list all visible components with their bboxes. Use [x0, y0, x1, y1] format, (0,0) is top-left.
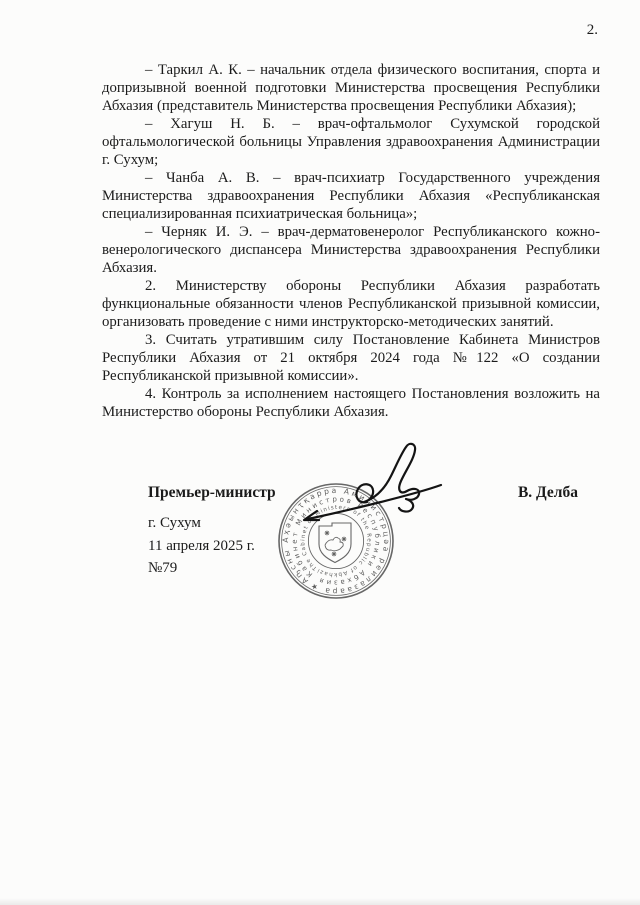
- issue-date: 11 апреля 2025 г.: [148, 538, 255, 561]
- document-body: – Таркил А. К. – начальник отдела физиче…: [102, 61, 600, 421]
- paragraph-tarkil: – Таркил А. К. – начальник отдела физиче…: [102, 61, 600, 115]
- paragraph-item-2: 2. Министерству обороны Республики Абхаз…: [102, 277, 600, 331]
- star-icon: [342, 537, 347, 542]
- document-page: 2. – Таркил А. К. – начальник отдела физ…: [0, 0, 640, 905]
- document-number: №79: [148, 560, 255, 583]
- premier-title: Премьер-министр: [148, 484, 276, 501]
- signature-flourish: [308, 485, 441, 519]
- scan-edge-shadow: [0, 898, 640, 905]
- paragraph-item-4: 4. Контроль за исполнением настоящего По…: [102, 385, 600, 421]
- star-icon: [332, 552, 337, 557]
- horseman-figure: [325, 537, 343, 550]
- signature-strokes: [356, 444, 419, 512]
- issue-city: г. Сухум: [148, 515, 255, 538]
- issue-details: г. Сухум 11 апреля 2025 г. №79: [148, 515, 255, 583]
- paragraph-chernyak: – Черняк И. Э. – врач-дерматовенеролог Р…: [102, 223, 600, 277]
- paragraph-item-3: 3. Считать утратившим силу Постановление…: [102, 331, 600, 385]
- paragraph-khagush: – Хагуш Н. Б. – врач-офтальмолог Сухумск…: [102, 115, 600, 169]
- handwritten-signature-icon: [288, 440, 448, 535]
- paragraph-chanba: – Чанба А. В. – врач-психиатр Государств…: [102, 169, 600, 223]
- page-number: 2.: [587, 22, 598, 39]
- signer-name: В. Делба: [518, 484, 578, 501]
